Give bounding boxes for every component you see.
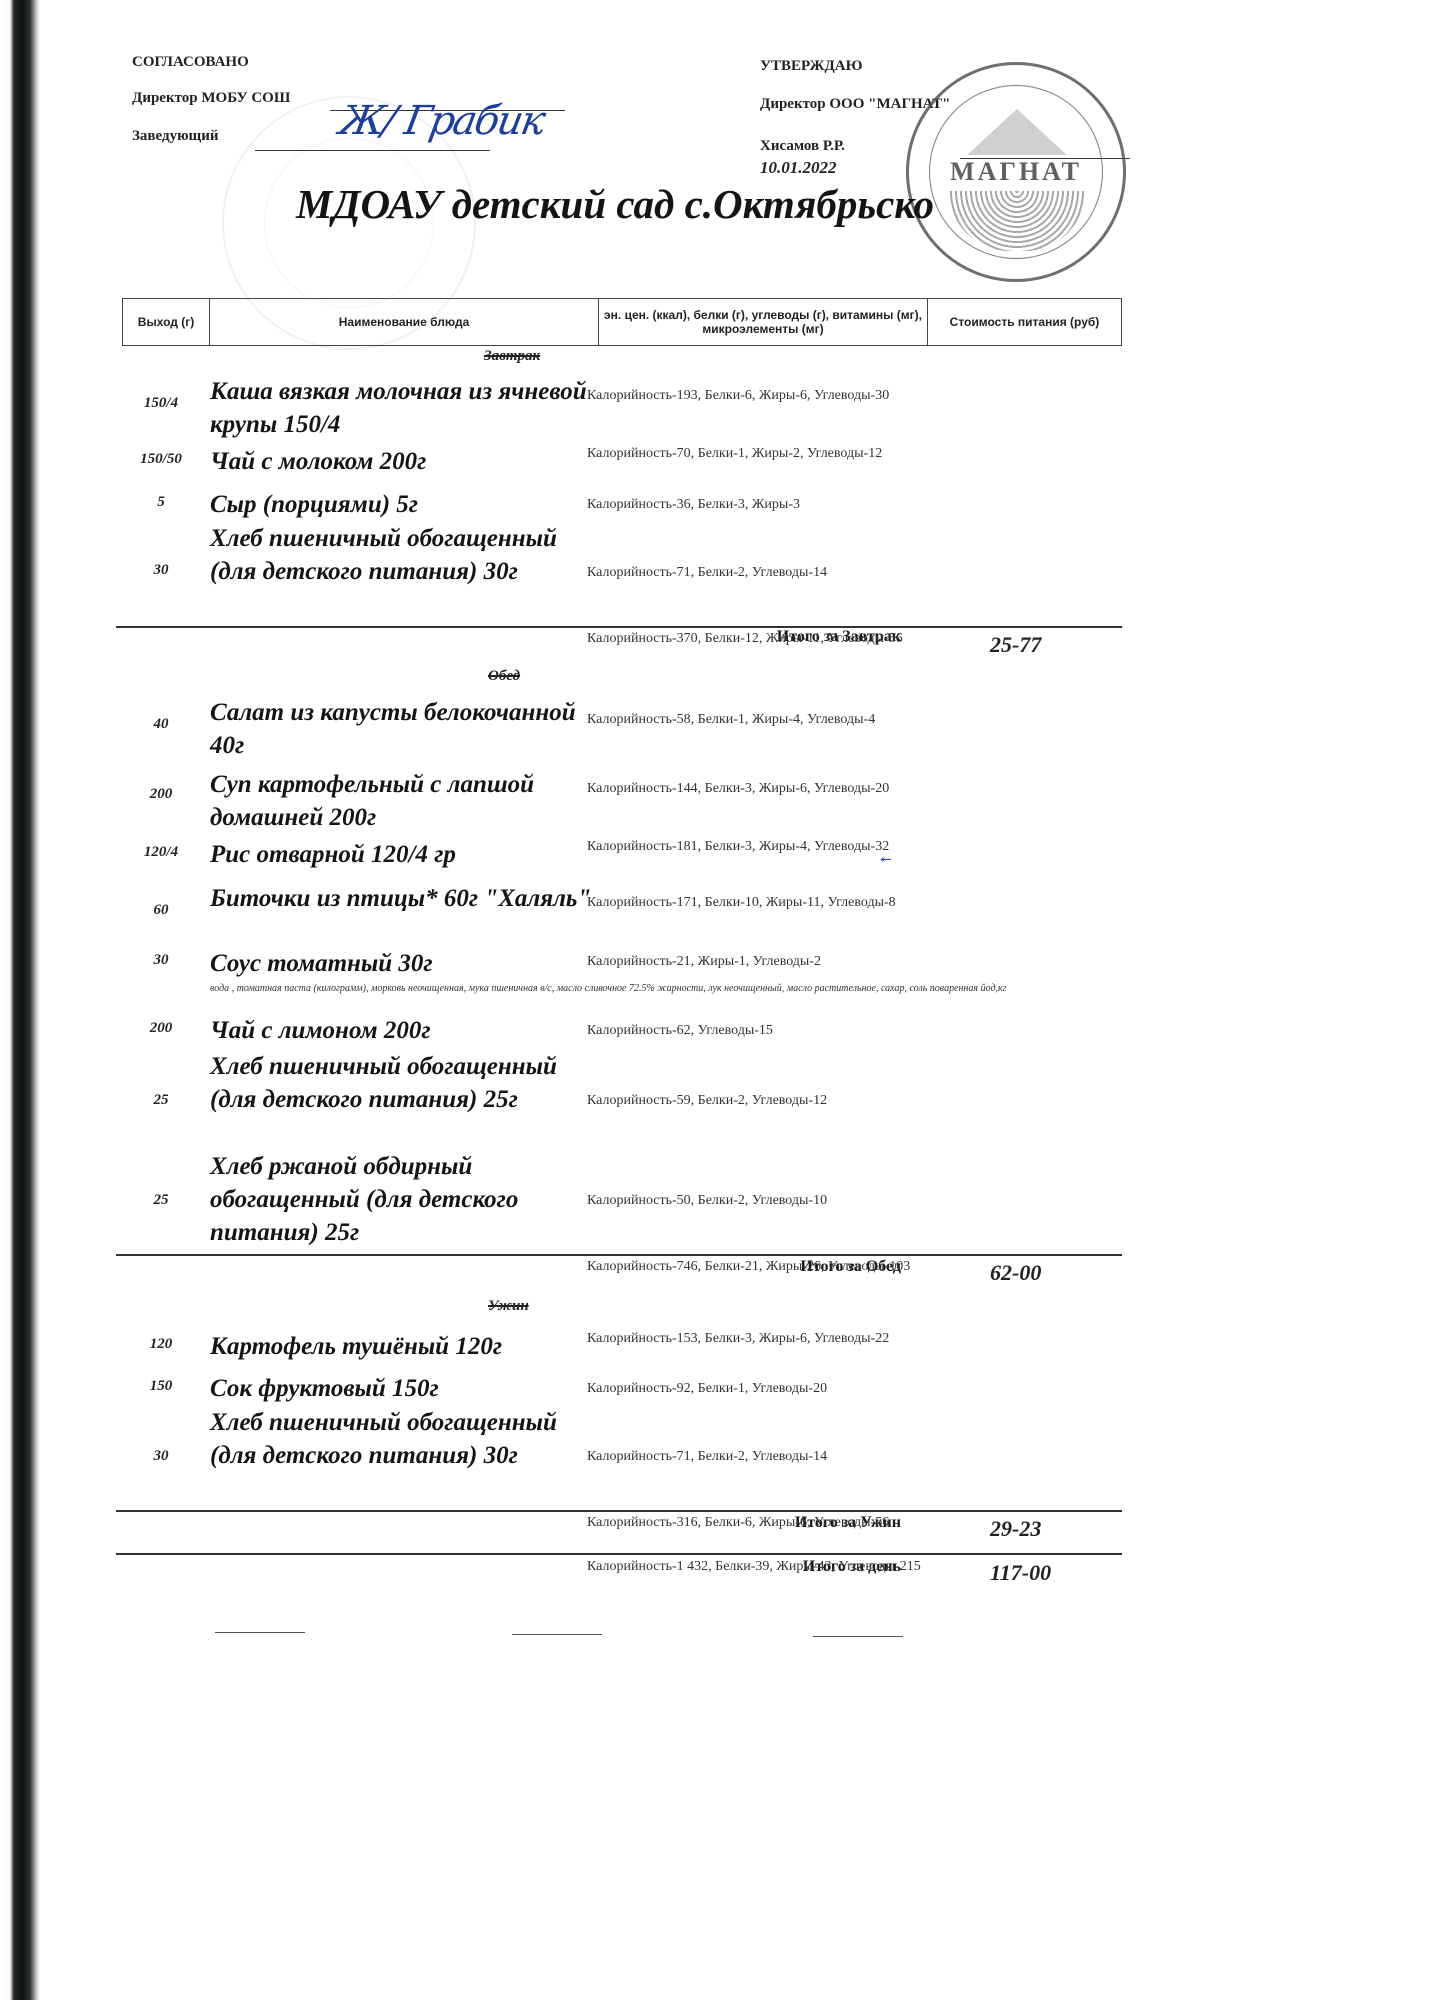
row-yield: 150/4 [122, 395, 200, 412]
total-nutrition-dinner: Калорийность-316, Белки-6, Жиры-6, Углев… [587, 1514, 927, 1532]
header-nutrition: эн. цен. (ккал), белки (г), углеводы (г)… [599, 299, 928, 346]
signature-line-head [255, 150, 490, 151]
row-yield: 200 [122, 1020, 200, 1037]
section-title-dinner: Ужин [488, 1298, 529, 1315]
row-dish: Хлеб пшеничный обогащенный (для детского… [210, 522, 605, 588]
day-total-divider [116, 1553, 1122, 1555]
approval-left-role: Заведующий [132, 128, 218, 145]
row-dish: Соус томатный 30г [210, 947, 605, 980]
row-yield: 200 [122, 786, 200, 803]
approval-date: 10.01.2022 [760, 158, 837, 178]
row-yield: 25 [122, 1192, 200, 1209]
approval-left-heading: СОГЛАСОВАНО [132, 54, 249, 71]
scan-edge-shadow [0, 0, 40, 2000]
row-nutrition: Калорийность-50, Белки-2, Углеводы-10 [587, 1192, 927, 1210]
handwritten-signature: Ж/ Грабик [336, 98, 547, 144]
approval-left-position: Директор МОБУ СОШ [132, 90, 290, 107]
row-nutrition: Калорийность-181, Белки-3, Жиры-4, Углев… [587, 838, 927, 856]
header-dish: Наименование блюда [210, 299, 599, 346]
row-dish: Сок фруктовый 150г [210, 1372, 605, 1405]
row-dish: Чай с молоком 200г [210, 445, 605, 478]
row-nutrition: Калорийность-171, Белки-10, Жиры-11, Угл… [587, 894, 927, 912]
row-yield: 5 [122, 494, 200, 511]
row-yield: 25 [122, 1092, 200, 1109]
row-dish: Биточки из птицы* 60г "Халяль" [210, 882, 605, 915]
row-dish: Хлеб пшеничный обогащенный (для детского… [210, 1406, 605, 1472]
row-yield: 30 [122, 1448, 200, 1465]
header-yield: Выход (г) [123, 299, 210, 346]
section-divider [116, 1510, 1122, 1512]
row-nutrition: Калорийность-193, Белки-6, Жиры-6, Углев… [587, 387, 927, 405]
section-title-breakfast: Завтрак [484, 348, 540, 365]
blank-signature-line-1 [215, 1632, 305, 1633]
row-nutrition: Калорийность-36, Белки-3, Жиры-3 [587, 496, 927, 514]
company-stamp: МАГНАТ [906, 62, 1126, 282]
row-dish: Каша вязкая молочная из ячневой крупы 15… [210, 375, 605, 441]
row-ingredients-note: вода , томатная паста (килограмм), морко… [210, 981, 1030, 996]
row-nutrition: Калорийность-21, Жиры-1, Углеводы-2 [587, 953, 927, 971]
row-dish: Рис отварной 120/4 гр [210, 838, 605, 871]
row-dish: Хлеб ржаной обдирный обогащенный (для де… [210, 1150, 605, 1249]
row-nutrition: Калорийность-70, Белки-1, Жиры-2, Углево… [587, 445, 927, 463]
section-divider [116, 626, 1122, 628]
row-yield: 30 [122, 562, 200, 579]
row-yield: 150 [122, 1378, 200, 1395]
row-nutrition: Калорийность-144, Белки-3, Жиры-6, Углев… [587, 780, 927, 798]
blank-signature-line-2 [512, 1634, 602, 1635]
row-dish: Чай с лимоном 200г [210, 1014, 605, 1047]
row-nutrition: Калорийность-59, Белки-2, Углеводы-12 [587, 1092, 927, 1110]
row-dish: Суп картофельный с лапшой домашней 200г [210, 768, 605, 834]
menu-table-header: Выход (г) Наименование блюда эн. цен. (к… [122, 298, 1122, 346]
row-nutrition: Калорийность-92, Белки-1, Углеводы-20 [587, 1380, 927, 1398]
day-total-cost: 117-00 [990, 1560, 1051, 1586]
pen-mark-icon: ↞ [880, 852, 892, 869]
section-title-lunch: Обед [488, 668, 520, 685]
row-yield: 120/4 [122, 844, 200, 861]
header-cost: Стоимость питания (руб) [928, 299, 1122, 346]
row-dish: Хлеб пшеничный обогащенный (для детского… [210, 1050, 605, 1116]
document-title: МДОАУ детский сад с.Октябрьско [296, 180, 934, 228]
row-nutrition: Калорийность-71, Белки-2, Углеводы-14 [587, 1448, 927, 1466]
row-nutrition: Калорийность-62, Углеводы-15 [587, 1022, 927, 1040]
approval-right-heading: УТВЕРЖДАЮ [760, 58, 863, 75]
row-nutrition: Калорийность-58, Белки-1, Жиры-4, Углево… [587, 711, 927, 729]
stamp-brand: МАГНАТ [909, 157, 1123, 187]
row-yield: 60 [122, 902, 200, 919]
row-yield: 40 [122, 716, 200, 733]
stamp-mountain-icon [967, 109, 1067, 155]
section-divider [116, 1254, 1122, 1256]
day-total-nutrition: Калорийность-1 432, Белки-39, Жиры-43, У… [587, 1558, 927, 1576]
row-dish: Картофель тушёный 120г [210, 1330, 605, 1363]
row-yield: 120 [122, 1336, 200, 1353]
row-nutrition: Калорийность-71, Белки-2, Углеводы-14 [587, 564, 927, 582]
row-yield: 30 [122, 952, 200, 969]
row-yield: 150/50 [122, 451, 200, 468]
blank-signature-line-3 [813, 1636, 903, 1637]
total-cost-dinner: 29-23 [990, 1516, 1041, 1542]
total-cost-lunch: 62-00 [990, 1260, 1041, 1286]
total-cost-breakfast: 25-77 [990, 632, 1041, 658]
approval-right-position: Директор ООО "МАГНАТ" [760, 96, 951, 113]
row-nutrition: Калорийность-153, Белки-3, Жиры-6, Углев… [587, 1330, 927, 1348]
total-nutrition-breakfast: Калорийность-370, Белки-12, Жиры-11, Угл… [587, 630, 927, 648]
approval-right-name: Хисамов Р.Р. [760, 138, 845, 155]
row-dish: Сыр (порциями) 5г [210, 488, 605, 521]
total-nutrition-lunch: Калорийность-746, Белки-21, Жиры-26, Угл… [587, 1258, 927, 1276]
row-dish: Салат из капусты белокочанной 40г [210, 696, 605, 762]
